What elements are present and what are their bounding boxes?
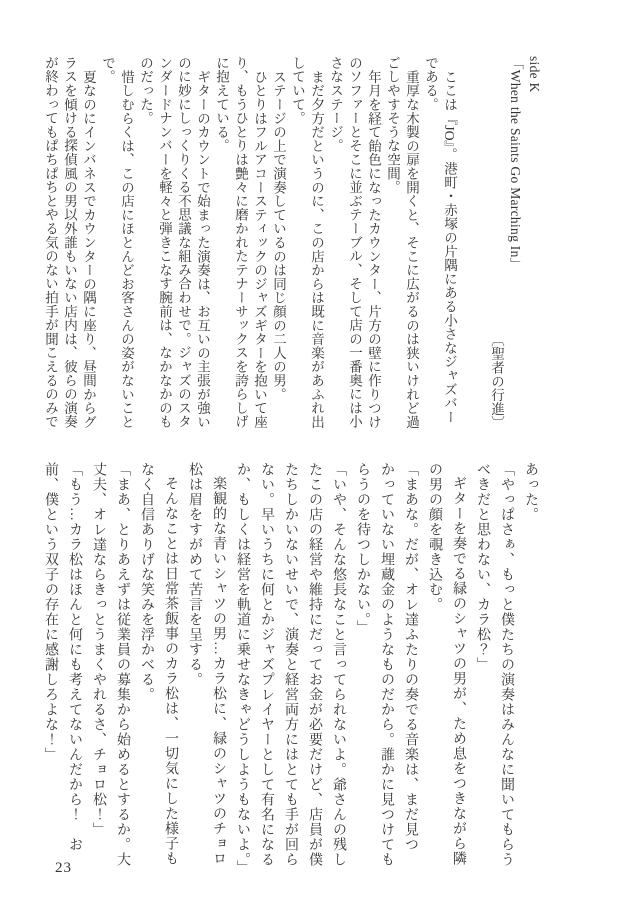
paragraph: 「もう…カラ松はほんと何にも考えてないんだから！ お前、僕という双子の存在に感謝… xyxy=(38,462,86,869)
paragraph: 「やっぱさぁ、もっと僕たちの演奏はみんなに聞いてもらうべきだと思わない、カラ松？… xyxy=(470,462,518,869)
paragraph: 「まあな。だが、オレ達ふたりの奏でる音楽は、まだ見つかっていない埋蔵金のようなも… xyxy=(350,462,422,869)
paragraph: 「まあ、とりあえずは従業員の募集から始めるとするか。大丈夫、オレ達ならきっとうま… xyxy=(86,462,134,869)
paragraph: 夏なのにインバネスでカウンターの隅に座り、昼間からグラスを傾ける探偵風の男以外誰… xyxy=(41,56,98,430)
story-subtitle: 〔聖者の行進〕 xyxy=(487,56,506,430)
paragraph: 年月を経て飴色になったカウンター、片方の壁に作りつけのソファーとそこに並ぶテーブ… xyxy=(326,56,383,430)
paragraph: 重厚な木製の扉を開くと、そこに広がるのは狭いけれど過ごしやすそうな空間。 xyxy=(383,56,421,430)
paragraph: ひとりはフルアコースティックのジャズギターを抱いて座り、もうひとりは艶々に磨かれ… xyxy=(212,56,269,430)
paragraph: 「いや、そんな悠長なこと言ってられないよ。爺さんの残したこの店の経営や維持にだっ… xyxy=(230,462,350,869)
book-page: { "page": { "number": "23", "ink_color":… xyxy=(0,0,638,905)
paragraph: 惜しむらくは、この店にほとんどお客さんの姿がないことで。 xyxy=(98,56,136,430)
paragraph: あった。 xyxy=(518,462,542,869)
page-number: 23 xyxy=(55,860,72,877)
paragraph: ここは『JO』。港町・赤塚の片隅にある小さなジャズバーである。 xyxy=(421,56,459,430)
upper-text-block: side K 「When the Saints Go Marching In」 … xyxy=(41,56,544,430)
story-title: 「When the Saints Go Marching In」 xyxy=(506,56,525,430)
paragraph: 楽観的な青いシャツの男…カラ松に、緑のシャツのチョロ松は眉をすがめて苦言を呈する… xyxy=(182,462,230,869)
paragraph: ギターのカウントで始まった演奏は、お互いの主張が強いのに妙にしっくりくる不思議な… xyxy=(136,56,212,430)
paragraph: ステージの上で演奏しているのは同じ顔の二人の男。 xyxy=(269,56,288,430)
side-label: side K xyxy=(525,56,544,430)
paragraph: ギターを奏でる緑のシャツの男が、ため息をつきながら隣の男の顔を覗き込む。 xyxy=(422,462,470,869)
paragraph: まだ夕方だというのに、この店からは既に音楽があふれ出していて。 xyxy=(288,56,326,430)
paragraph: そんなことは日常茶飯事のカラ松は、一切気にした様子もなく自信ありげな笑みを浮かべ… xyxy=(134,462,182,869)
lower-text-block: あった。「やっぱさぁ、もっと僕たちの演奏はみんなに聞いてもらうべきだと思わない、… xyxy=(38,462,542,869)
